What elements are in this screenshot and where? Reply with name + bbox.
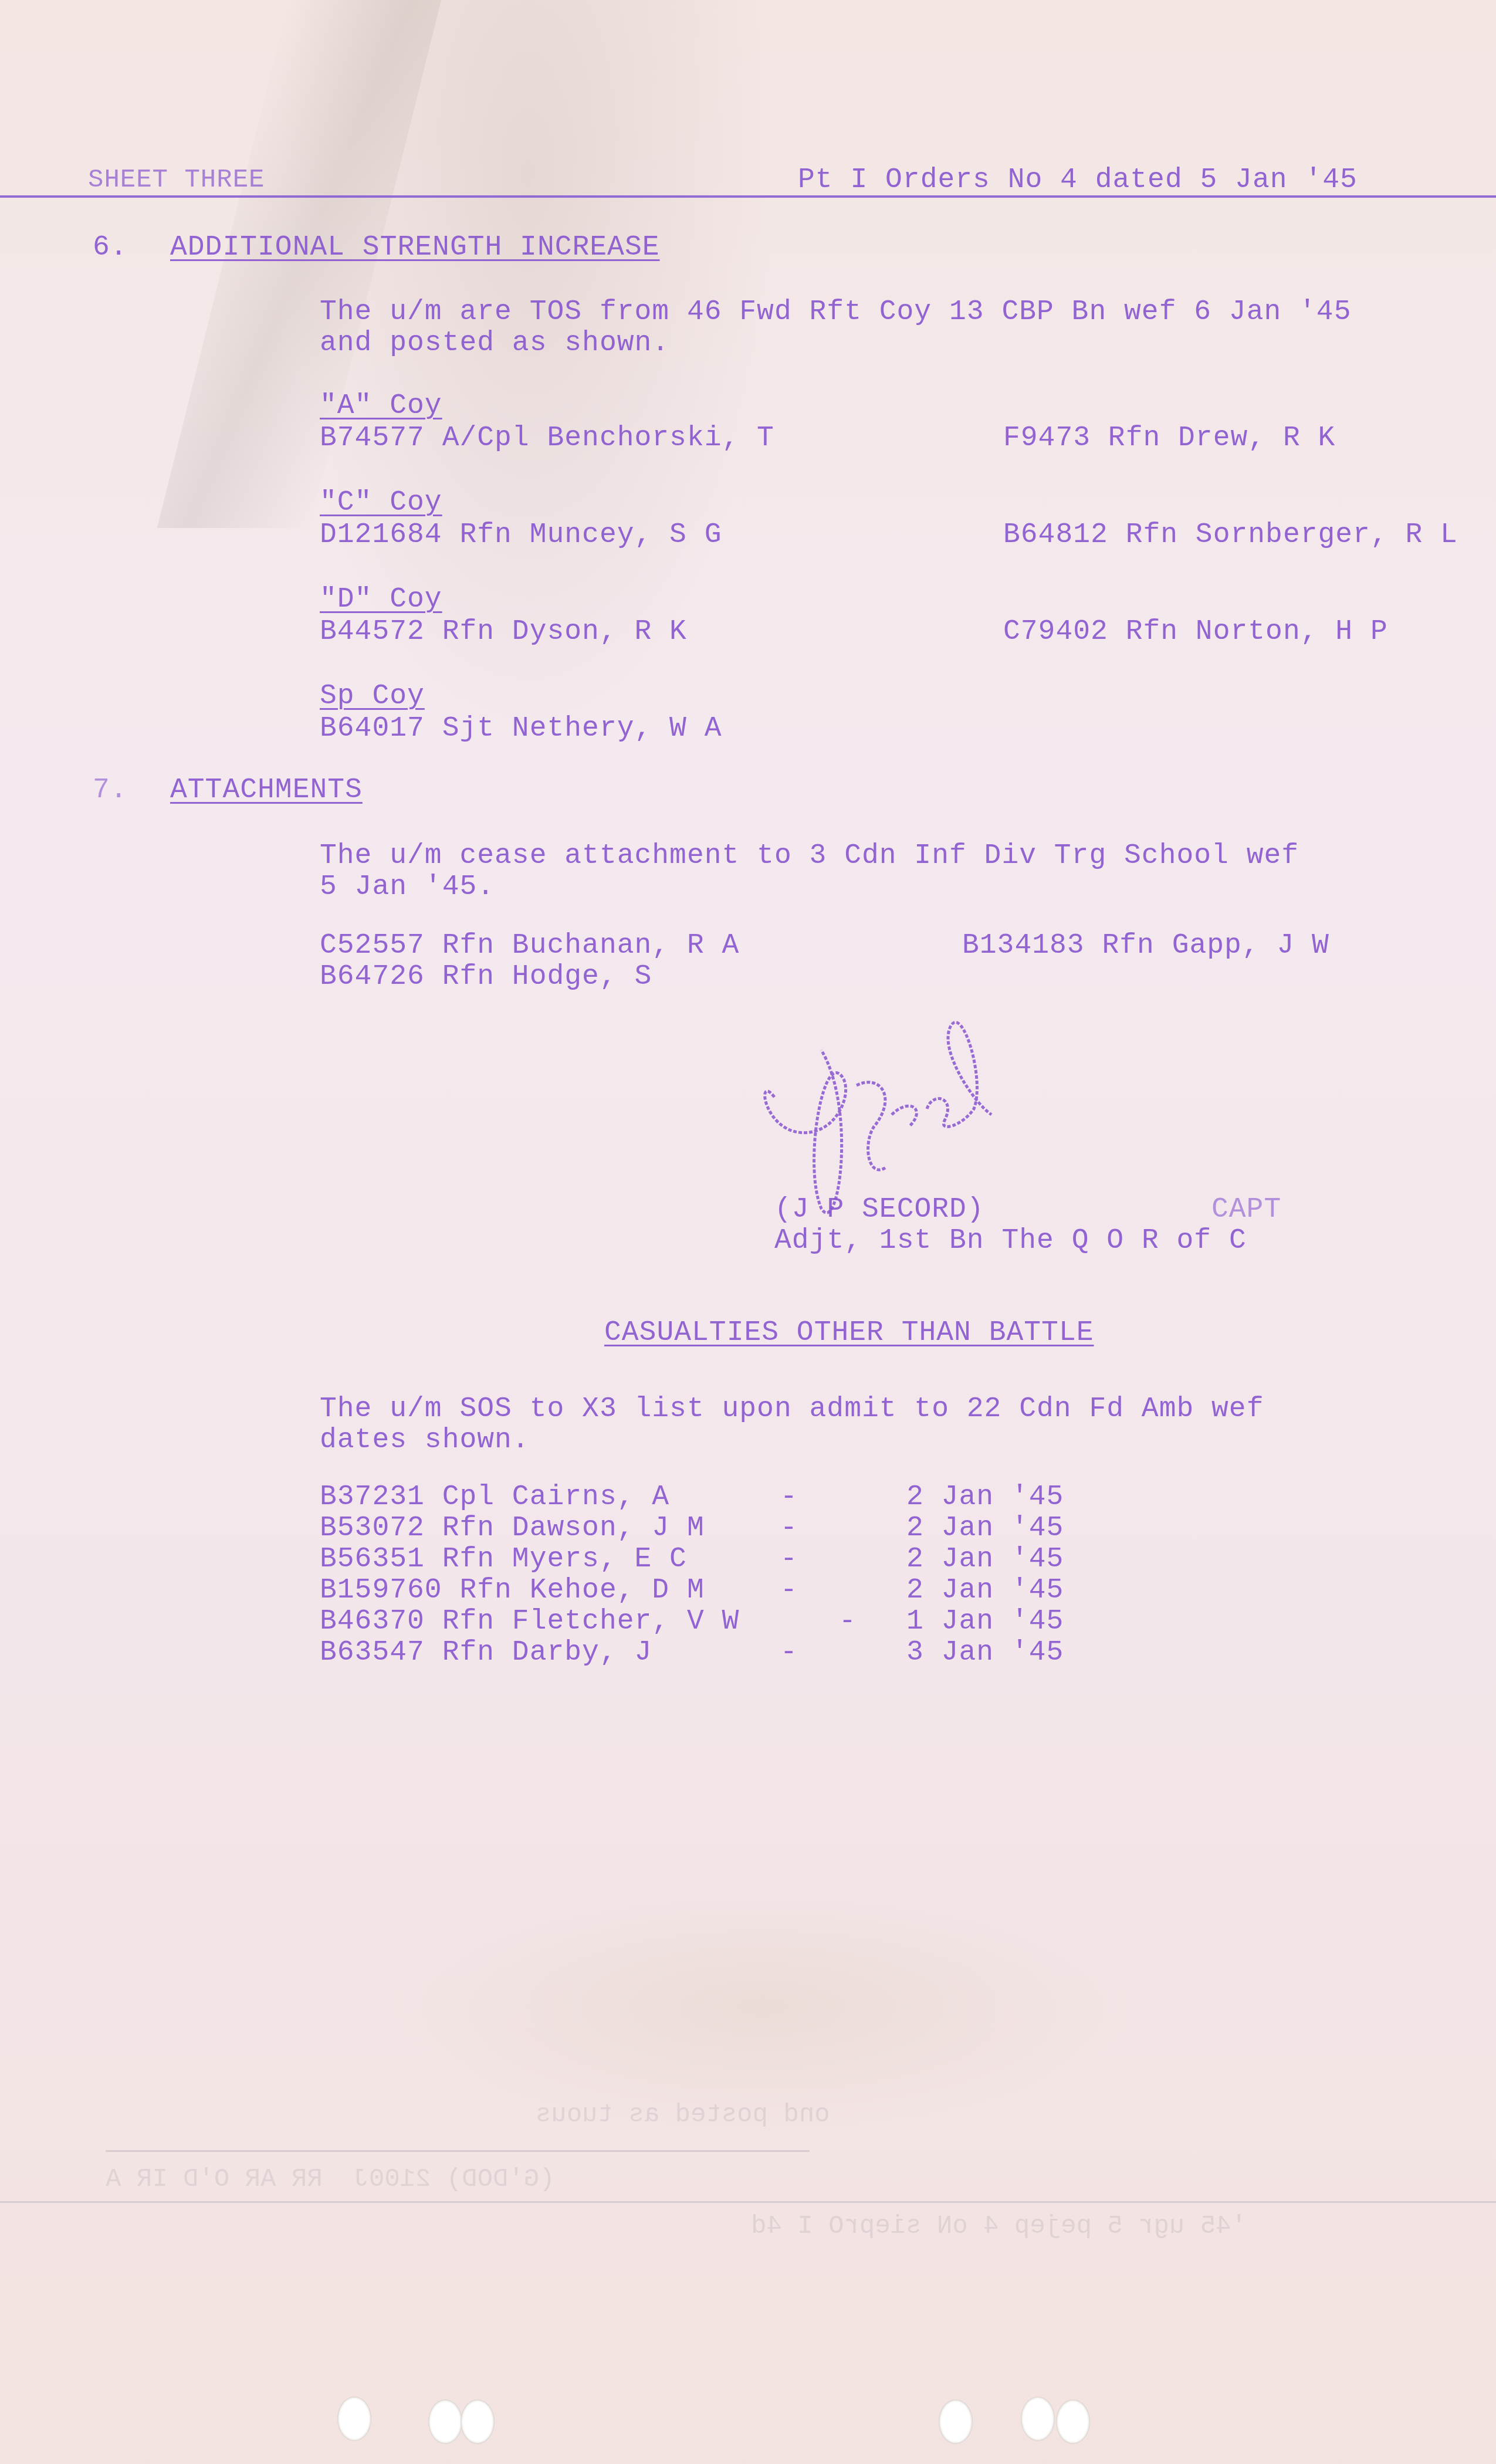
casualty-date: 2 Jan '45 (906, 1575, 1064, 1606)
section8-intro-2: dates shown. (320, 1424, 530, 1456)
section7-intro-2: 5 Jan '45. (320, 871, 495, 903)
show-through-text: '45 ugr 5 pejep 4 oN sieprO I 4d (751, 2212, 1247, 2241)
casualty-date: 2 Jan '45 (906, 1512, 1064, 1544)
posting-entry: B44572 Rfn Dyson, R K (320, 616, 687, 648)
sheet-label: SHEET THREE (88, 164, 265, 196)
signatory-appointment: Adjt, 1st Bn The Q O R of C (774, 1225, 1247, 1257)
casualty-entry: B159760 Rfn Kehoe, D M (320, 1575, 705, 1606)
casualty-dash: - (780, 1637, 798, 1668)
section6-title: ADDITIONAL STRENGTH INCREASE (170, 232, 660, 263)
show-through-text: ond posted as tuous (117, 2100, 830, 2130)
casualty-entry: B53072 Rfn Dawson, J M (320, 1512, 705, 1544)
casualty-entry: B56351 Rfn Myers, E C (320, 1544, 687, 1575)
punch-hole (428, 2399, 462, 2444)
section8-intro-1: The u/m SOS to X3 list upon admit to 22 … (320, 1393, 1264, 1425)
show-through-text: (G'DOD) 2100J RR AR O'D IR A (106, 2165, 555, 2194)
casualty-entry: B46370 Rfn Fletcher, V W (320, 1606, 739, 1637)
handwritten-signature (751, 991, 1079, 1226)
punch-hole (939, 2399, 973, 2444)
company-name: "D" Coy (320, 584, 442, 615)
posting-entry: B74577 A/Cpl Benchorski, T (320, 422, 774, 454)
posting-entry: D121684 Rfn Muncey, S G (320, 519, 722, 551)
casualty-dash: - (780, 1481, 798, 1513)
casualty-entry: B37231 Cpl Cairns, A (320, 1481, 669, 1513)
casualty-date: 3 Jan '45 (906, 1637, 1064, 1668)
company-name: "A" Coy (320, 390, 442, 422)
posting-entry: C79402 Rfn Norton, H P (1003, 616, 1388, 648)
casualty-dash: - (839, 1606, 857, 1637)
attachment-entry: B64726 Rfn Hodge, S (320, 961, 652, 993)
casualty-dash: - (780, 1512, 798, 1544)
show-through-rule (106, 2150, 810, 2152)
casualty-date: 2 Jan '45 (906, 1544, 1064, 1575)
punch-hole (1021, 2397, 1055, 2441)
signatory-rank: CAPT (1211, 1194, 1281, 1226)
casualty-dash: - (780, 1544, 798, 1575)
posting-entry: B64812 Rfn Sornberger, R L (1003, 519, 1458, 551)
section7-title: ATTACHMENTS (170, 774, 363, 806)
casualty-date: 2 Jan '45 (906, 1481, 1064, 1513)
punch-hole (337, 2397, 371, 2441)
orders-title: Pt I Orders No 4 dated 5 Jan '45 (798, 164, 1358, 196)
casualty-entry: B63547 Rfn Darby, J (320, 1637, 652, 1668)
section6-intro-2: and posted as shown. (320, 327, 669, 359)
attachment-entry: B134183 Rfn Gapp, J W (962, 930, 1329, 962)
section6-number: 6. (93, 232, 128, 263)
header-rule (0, 195, 1496, 198)
show-through-rule (0, 2201, 1496, 2203)
attachment-entry: C52557 Rfn Buchanan, R A (320, 930, 739, 962)
posting-entry: F9473 Rfn Drew, R K (1003, 422, 1335, 454)
punch-hole (1056, 2399, 1090, 2444)
casualty-date: 1 Jan '45 (906, 1606, 1064, 1637)
section6-intro-1: The u/m are TOS from 46 Fwd Rft Coy 13 C… (320, 296, 1351, 328)
signatory-name: (J P SECORD) (774, 1194, 984, 1226)
punch-hole (461, 2399, 495, 2444)
posting-entry: B64017 Sjt Nethery, W A (320, 713, 722, 744)
section7-number: 7. (93, 774, 128, 806)
section8-title: CASUALTIES OTHER THAN BATTLE (604, 1317, 1094, 1349)
company-name: Sp Coy (320, 681, 425, 712)
company-name: "C" Coy (320, 487, 442, 519)
casualty-dash: - (780, 1575, 798, 1606)
section7-intro-1: The u/m cease attachment to 3 Cdn Inf Di… (320, 840, 1299, 872)
